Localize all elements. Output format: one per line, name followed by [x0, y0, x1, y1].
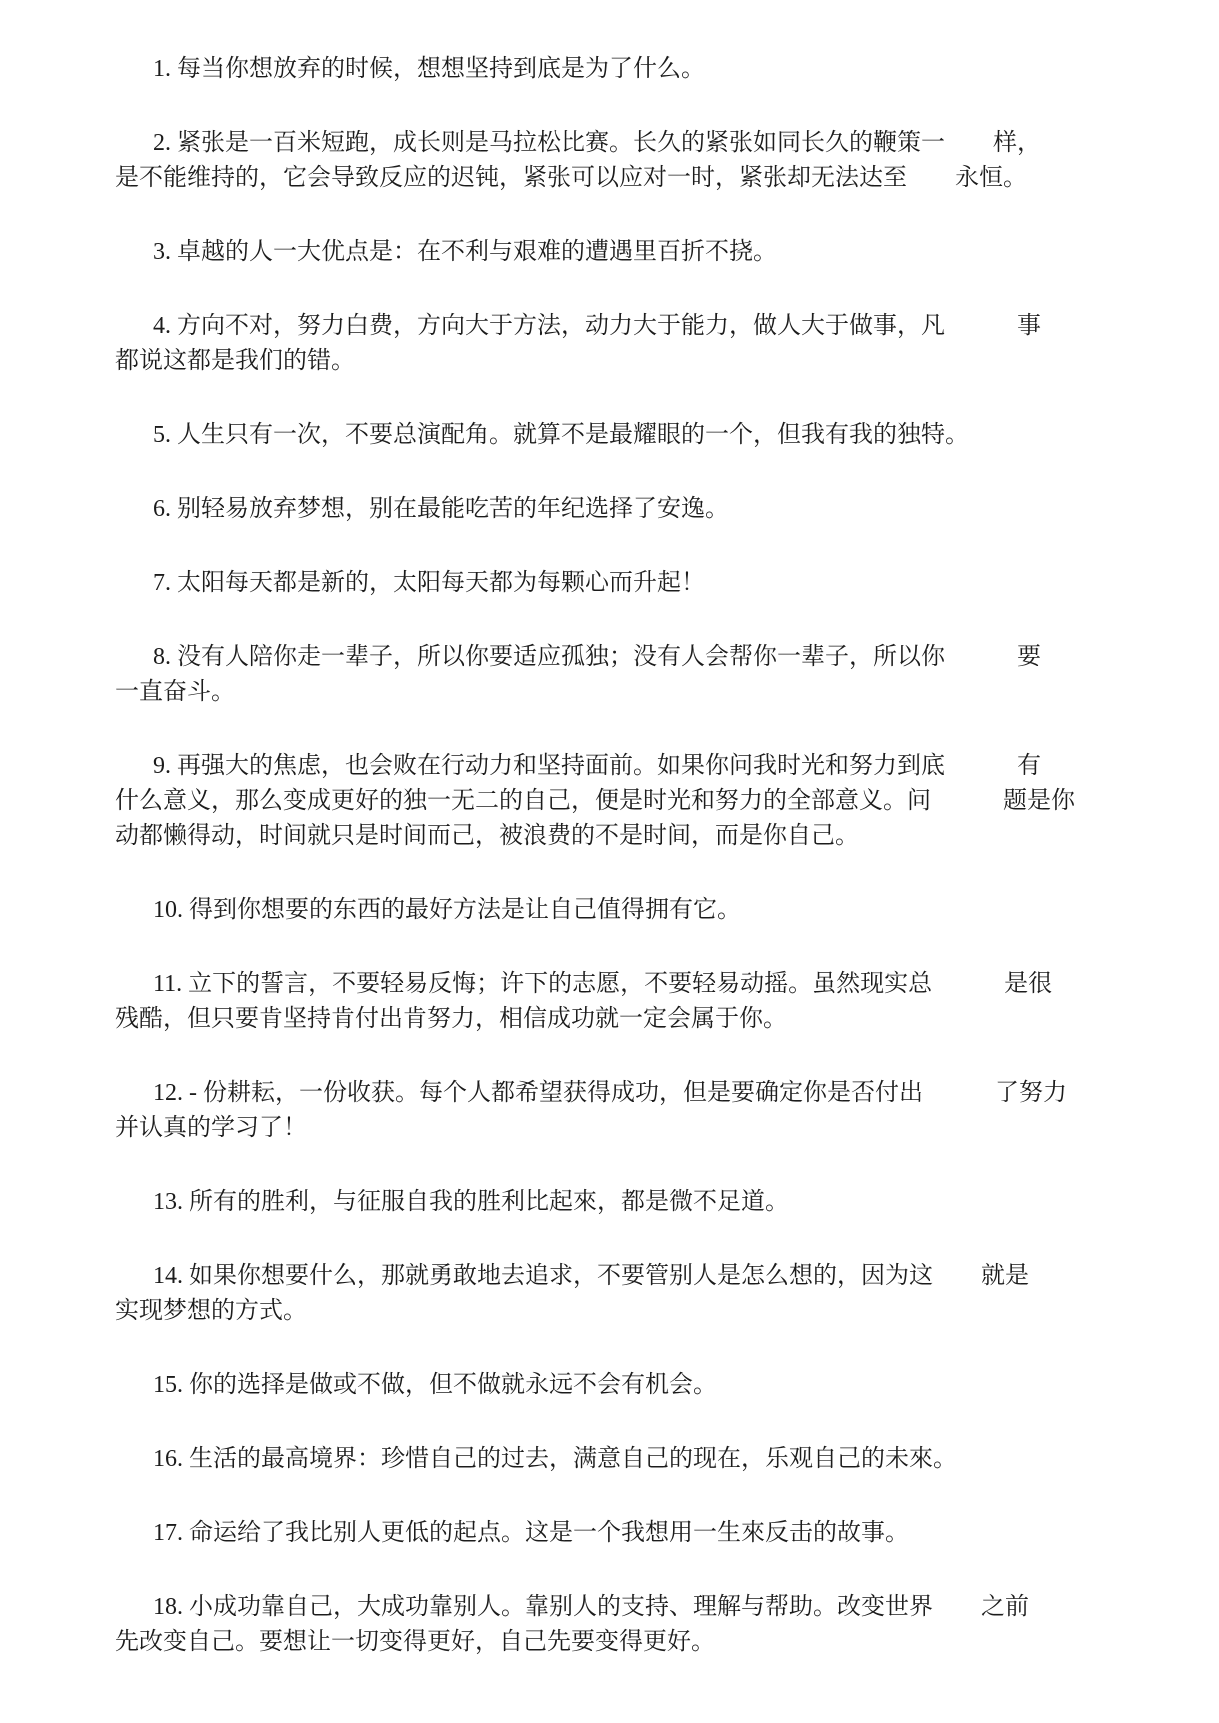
quote-item-11: 11. 立下的誓言，不要轻易反悔；许下的志愿，不要轻易动摇。虽然现实总 是很残酷…: [115, 967, 1109, 1037]
quote-line-cont: 是不能维持的，它会导致反应的迟钝，紧张可以应对一时，紧张却无法达至 永恒。: [115, 161, 1109, 196]
quote-line-first: 6. 别轻易放弃梦想，别在最能吃苦的年纪选择了安逸。: [115, 492, 1109, 527]
quote-line-first: 14. 如果你想要什么，那就勇敢地去追求，不要管别人是怎么想的，因为这 就是: [115, 1259, 1109, 1294]
quote-line-first: 7. 太阳每天都是新的，太阳每天都为每颗心而升起！: [115, 566, 1109, 601]
quote-line-first: 9. 再强大的焦虑，也会败在行动力和坚持面前。如果你问我时光和努力到底 有: [115, 749, 1109, 784]
quote-line-cont: 一直奋斗。: [115, 675, 1109, 710]
quote-line-first: 13. 所有的胜利，与征服自我的胜利比起來，都是微不足道。: [115, 1185, 1109, 1220]
quote-line-cont: 并认真的学习了！: [115, 1111, 1109, 1146]
quote-item-6: 6. 别轻易放弃梦想，别在最能吃苦的年纪选择了安逸。: [115, 492, 1109, 527]
quote-item-9: 9. 再强大的焦虑，也会败在行动力和坚持面前。如果你问我时光和努力到底 有什么意…: [115, 749, 1109, 854]
quote-item-7: 7. 太阳每天都是新的，太阳每天都为每颗心而升起！: [115, 566, 1109, 601]
quote-line-first: 4. 方向不对，努力白费，方向大于方法，动力大于能力，做人大于做事，凡 事: [115, 309, 1109, 344]
quote-line-first: 15. 你的选择是做或不做，但不做就永远不会有机会。: [115, 1368, 1109, 1403]
quote-line-first: 1. 每当你想放弃的时候，想想坚持到底是为了什么。: [115, 52, 1109, 87]
quote-line-first: 18. 小成功靠自己，大成功靠别人。靠别人的支持、理解与帮助。改变世界 之前: [115, 1590, 1109, 1625]
quote-line-first: 17. 命运给了我比别人更低的起点。这是一个我想用一生來反击的故事。: [115, 1516, 1109, 1551]
quote-item-2: 2. 紧张是一百米短跑，成长则是马拉松比赛。长久的紧张如同长久的鞭策一 样，是不…: [115, 126, 1109, 196]
quote-list: 1. 每当你想放弃的时候，想想坚持到底是为了什么。2. 紧张是一百米短跑，成长则…: [115, 52, 1109, 1660]
quote-item-14: 14. 如果你想要什么，那就勇敢地去追求，不要管别人是怎么想的，因为这 就是实现…: [115, 1259, 1109, 1329]
quote-line-first: 10. 得到你想要的东西的最好方法是让自己值得拥有它。: [115, 893, 1109, 928]
quote-line-cont: 残酷，但只要肯坚持肯付出肯努力，相信成功就一定会属于你。: [115, 1002, 1109, 1037]
quote-line-first: 3. 卓越的人一大优点是：在不利与艰难的遭遇里百折不挠。: [115, 235, 1109, 270]
quote-item-16: 16. 生活的最高境界：珍惜自己的过去，满意自己的现在，乐观自己的未來。: [115, 1442, 1109, 1477]
quote-line-first: 2. 紧张是一百米短跑，成长则是马拉松比赛。长久的紧张如同长久的鞭策一 样，: [115, 126, 1109, 161]
quote-item-15: 15. 你的选择是做或不做，但不做就永远不会有机会。: [115, 1368, 1109, 1403]
quote-line-first: 5. 人生只有一次，不要总演配角。就算不是最耀眼的一个，但我有我的独特。: [115, 418, 1109, 453]
quote-line-cont: 都说这都是我们的错。: [115, 344, 1109, 379]
quote-line-cont: 什么意义，那么变成更好的独一无二的自己，便是时光和努力的全部意义。问 题是你: [115, 784, 1109, 819]
quote-line-first: 16. 生活的最高境界：珍惜自己的过去，满意自己的现在，乐观自己的未來。: [115, 1442, 1109, 1477]
quote-item-3: 3. 卓越的人一大优点是：在不利与艰难的遭遇里百折不挠。: [115, 235, 1109, 270]
quote-line-cont: 动都懒得动，时间就只是时间而己，被浪费的不是时间，而是你自己。: [115, 819, 1109, 854]
quote-item-10: 10. 得到你想要的东西的最好方法是让自己值得拥有它。: [115, 893, 1109, 928]
quote-line-cont: 实现梦想的方式。: [115, 1294, 1109, 1329]
quote-line-cont: 先改变自己。要想让一切变得更好，自己先要变得更好。: [115, 1625, 1109, 1660]
quote-item-5: 5. 人生只有一次，不要总演配角。就算不是最耀眼的一个，但我有我的独特。: [115, 418, 1109, 453]
quote-item-17: 17. 命运给了我比别人更低的起点。这是一个我想用一生來反击的故事。: [115, 1516, 1109, 1551]
quote-item-12: 12. - 份耕耘，一份收获。每个人都希望获得成功，但是要确定你是否付出 了努力…: [115, 1076, 1109, 1146]
quote-line-first: 12. - 份耕耘，一份收获。每个人都希望获得成功，但是要确定你是否付出 了努力: [115, 1076, 1109, 1111]
quote-item-4: 4. 方向不对，努力白费，方向大于方法，动力大于能力，做人大于做事，凡 事都说这…: [115, 309, 1109, 379]
document-page: 1. 每当你想放弃的时候，想想坚持到底是为了什么。2. 紧张是一百米短跑，成长则…: [0, 0, 1219, 1723]
quote-item-18: 18. 小成功靠自己，大成功靠别人。靠别人的支持、理解与帮助。改变世界 之前先改…: [115, 1590, 1109, 1660]
quote-item-1: 1. 每当你想放弃的时候，想想坚持到底是为了什么。: [115, 52, 1109, 87]
quote-line-first: 8. 没有人陪你走一辈子，所以你要适应孤独；没有人会帮你一辈子，所以你 要: [115, 640, 1109, 675]
quote-item-8: 8. 没有人陪你走一辈子，所以你要适应孤独；没有人会帮你一辈子，所以你 要一直奋…: [115, 640, 1109, 710]
quote-line-first: 11. 立下的誓言，不要轻易反悔；许下的志愿，不要轻易动摇。虽然现实总 是很: [115, 967, 1109, 1002]
quote-item-13: 13. 所有的胜利，与征服自我的胜利比起來，都是微不足道。: [115, 1185, 1109, 1220]
